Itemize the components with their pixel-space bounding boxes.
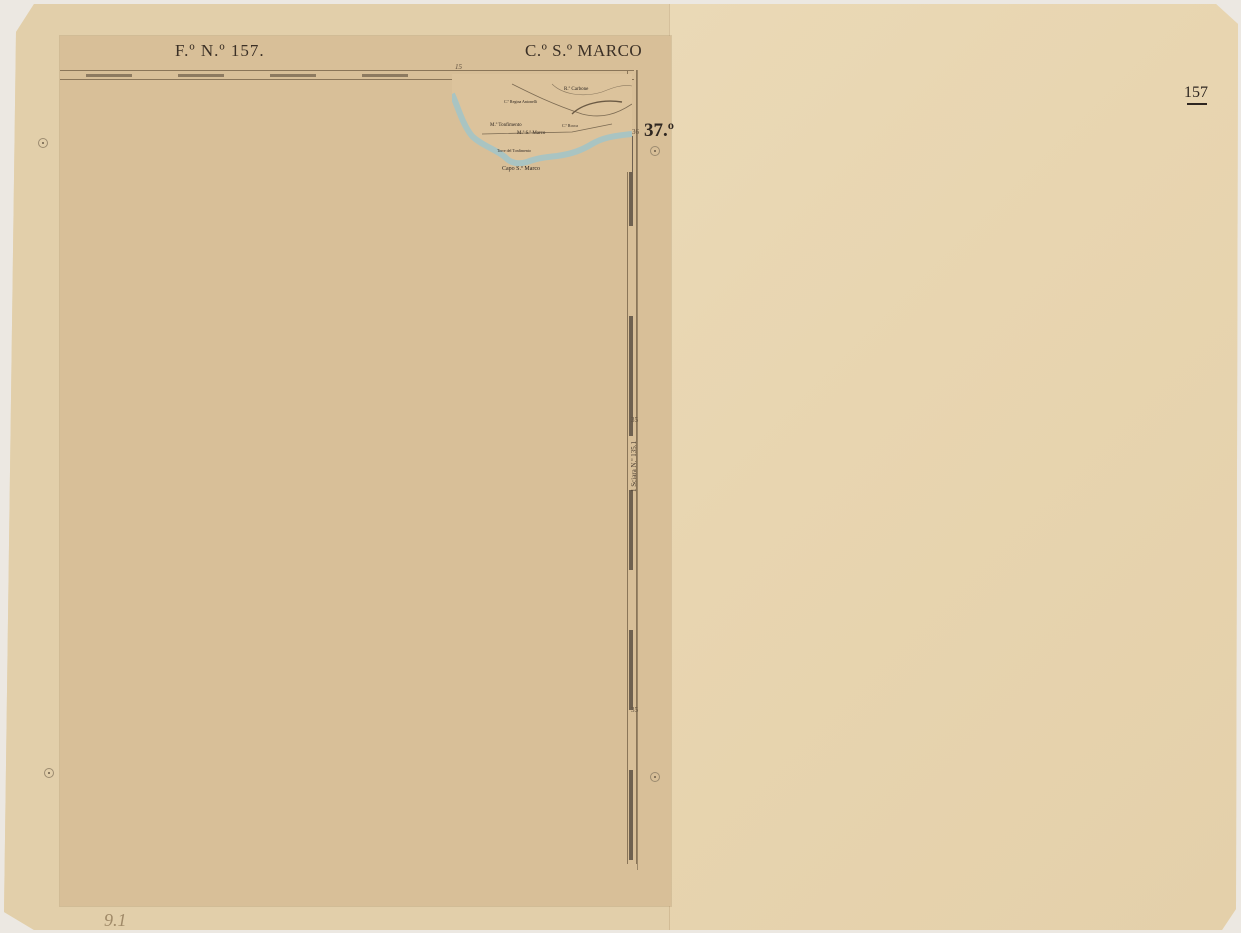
- svg-text:M.º S.º Marco: M.º S.º Marco: [517, 130, 546, 136]
- svg-text:R.º Carbone: R.º Carbone: [564, 86, 589, 92]
- latitude-label: 37.º: [644, 120, 674, 142]
- pin-hole-icon: [44, 768, 54, 778]
- latitude-tick-small: 36: [632, 128, 639, 136]
- margin-handwriting: 9.1: [104, 910, 127, 931]
- sheet-number-title: F.º N.º 157.: [175, 41, 265, 61]
- page-number-underline: [1187, 103, 1207, 105]
- latitude-tick-35-lower: 35: [631, 706, 638, 714]
- svg-text:M.º Tonfimento: M.º Tonfimento: [490, 122, 522, 128]
- pin-hole-icon: [650, 772, 660, 782]
- sheet-right-half: [669, 4, 1238, 930]
- vertical-scale-note: 1 Sciara N.º 135.1: [630, 441, 638, 492]
- map-plate: F.º N.º 157. C.º S.º MARCO 15 36 37.º 35…: [60, 36, 671, 906]
- pin-hole-icon: [38, 138, 48, 148]
- svg-text:C.º Regina Antonelli: C.º Regina Antonelli: [504, 99, 538, 104]
- svg-text:C.º Rocca: C.º Rocca: [562, 123, 578, 128]
- inset-map-capo-san-marco: Capo S.º Marco M.º S.º Marco M.º Tonfime…: [452, 74, 632, 172]
- place-title: C.º S.º MARCO: [525, 41, 642, 61]
- coastline-map-icon: Capo S.º Marco M.º S.º Marco M.º Tonfime…: [452, 74, 632, 172]
- pin-hole-icon: [650, 146, 660, 156]
- svg-text:Capo S.º Marco: Capo S.º Marco: [502, 166, 540, 172]
- page-number: 157: [1184, 84, 1208, 102]
- svg-text:Torre del Tonfimento: Torre del Tonfimento: [497, 148, 531, 153]
- latitude-tick-35-upper: 35: [631, 416, 638, 424]
- map-sheet: F.º N.º 157. C.º S.º MARCO 15 36 37.º 35…: [4, 4, 1238, 930]
